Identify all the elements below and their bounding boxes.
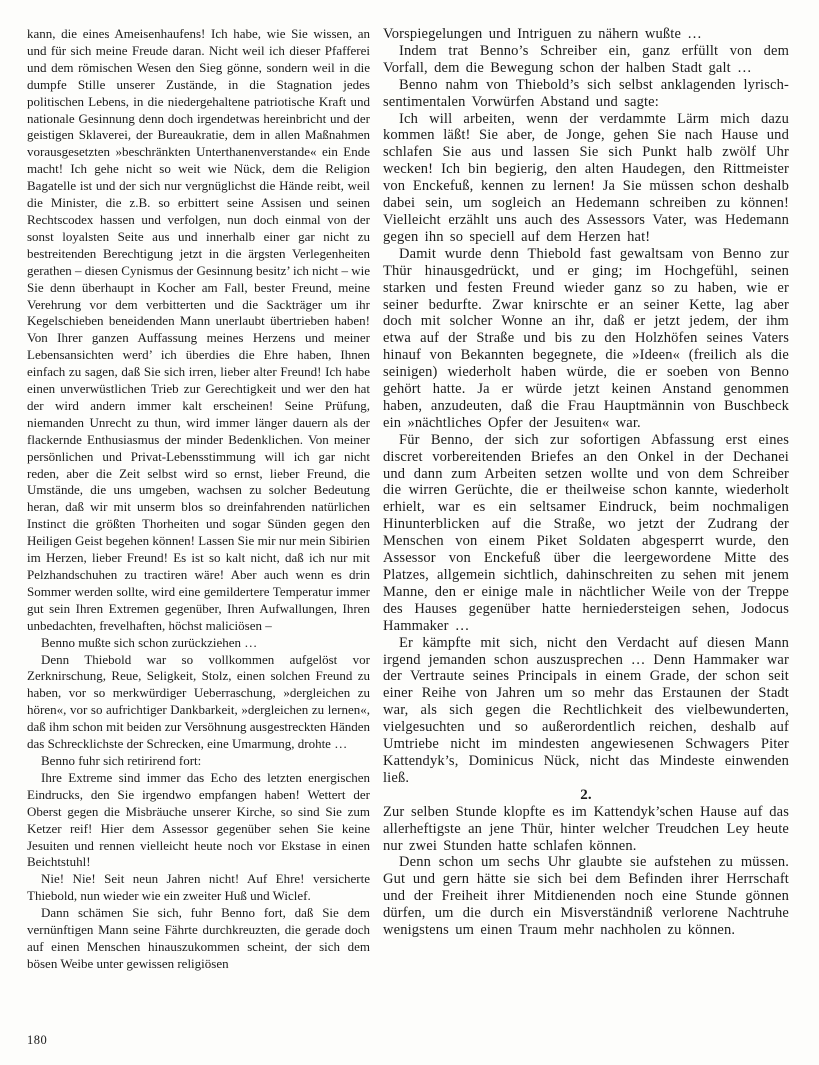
paragraph: Denn schon um sechs Uhr glaubte sie aufs…: [383, 854, 789, 939]
book-page: kann, die eines Ameisenhaufens! Ich habe…: [0, 0, 819, 1065]
paragraph: Benno mußte sich schon zurückziehen …: [27, 635, 370, 652]
text-columns: kann, die eines Ameisenhaufens! Ich habe…: [27, 26, 790, 973]
paragraph: Damit wurde denn Thiebold fast gewaltsam…: [383, 246, 789, 432]
paragraph: Benno fuhr sich retirirend fort:: [27, 753, 370, 770]
right-column: Vorspiegelungen und Intriguen zu nähern …: [383, 26, 789, 939]
left-column: kann, die eines Ameisenhaufens! Ich habe…: [27, 26, 370, 973]
paragraph: Nie! Nie! Seit neun Jahren nicht! Auf Eh…: [27, 871, 370, 905]
paragraph: Für Benno, der sich zur sofortigen Abfas…: [383, 432, 789, 635]
paragraph: Zur selben Stunde klopfte es im Kattendy…: [383, 804, 789, 855]
paragraph: Ich will arbeiten, wenn der verdammte Lä…: [383, 111, 789, 246]
page-number: 180: [27, 1033, 47, 1048]
paragraph: Denn Thiebold war so vollkommen aufgelös…: [27, 652, 370, 753]
section-heading: 2.: [383, 787, 789, 804]
paragraph: Dann schämen Sie sich, fuhr Benno fort, …: [27, 905, 370, 973]
paragraph: Er kämpfte mit sich, nicht den Verdacht …: [383, 635, 789, 787]
paragraph: kann, die eines Ameisenhaufens! Ich habe…: [27, 26, 370, 635]
paragraph: Benno nahm von Thiebold’s sich selbst an…: [383, 77, 789, 111]
paragraph: Vorspiegelungen und Intriguen zu nähern …: [383, 26, 789, 43]
paragraph: Ihre Extreme sind immer das Echo des let…: [27, 770, 370, 871]
paragraph: Indem trat Benno’s Schreiber ein, ganz e…: [383, 43, 789, 77]
